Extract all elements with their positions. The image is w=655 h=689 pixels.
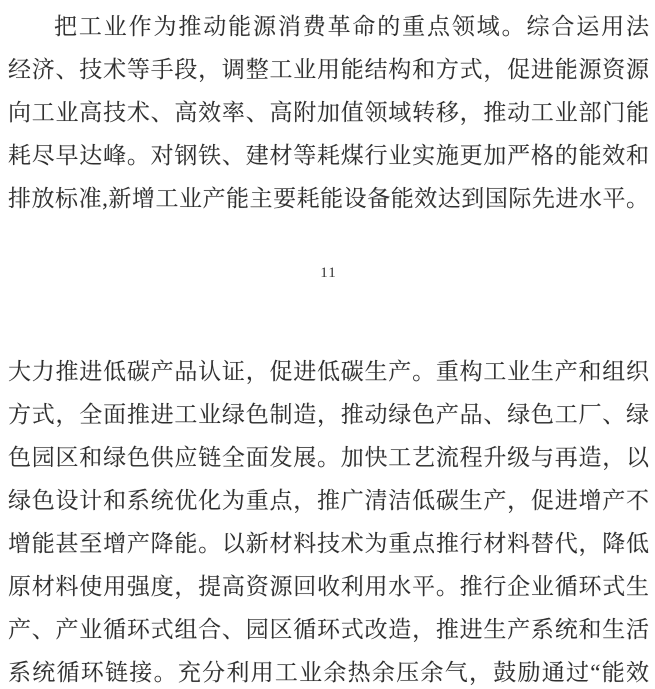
text-line: 经济、技术等手段，调整工业用能结构和方式，促进能源资源 xyxy=(8,48,649,91)
text-line: 方式，全面推进工业绿色制造，推动绿色产品、绿色工厂、绿 xyxy=(8,393,649,436)
text-line: 排放标准,新增工业产能主要耗能设备能效达到国际先进水平。 xyxy=(8,177,649,220)
text-line: 耗尽早达峰。对钢铁、建材等耗煤行业实施更加严格的能效和 xyxy=(8,134,649,177)
text-line: 绿色设计和系统优化为重点，推广清洁低碳生产，促进增产不 xyxy=(8,479,649,522)
text-line: 增能甚至增产降能。以新材料技术为重点推行材料替代，降低 xyxy=(8,522,649,565)
text-line: 产、产业循环式组合、园区循环式改造，推进生产系统和生活 xyxy=(8,608,649,651)
text-line: 把工业作为推动能源消费革命的重点领域。综合运用法律、 xyxy=(8,5,649,48)
text-line: 系统循环链接。充分利用工业余热余压余气，鼓励通过“能效 xyxy=(8,651,649,689)
text-line: 向工业高技术、高效率、高附加值领域转移，推动工业部门能 xyxy=(8,91,649,134)
document-page: 把工业作为推动能源消费革命的重点领域。综合运用法律、 经济、技术等手段，调整工业… xyxy=(0,0,655,689)
paragraph-1: 把工业作为推动能源消费革命的重点领域。综合运用法律、 经济、技术等手段，调整工业… xyxy=(8,5,649,220)
page-number: 11 xyxy=(8,263,649,284)
text-line: 大力推进低碳产品认证，促进低碳生产。重构工业生产和组织 xyxy=(8,350,649,393)
text-line: 色园区和绿色供应链全面发展。加快工艺流程升级与再造，以 xyxy=(8,436,649,479)
paragraph-2: 大力推进低碳产品认证，促进低碳生产。重构工业生产和组织 方式，全面推进工业绿色制… xyxy=(8,350,649,689)
text-line: 原材料使用强度，提高资源回收利用水平。推行企业循环式生 xyxy=(8,565,649,608)
